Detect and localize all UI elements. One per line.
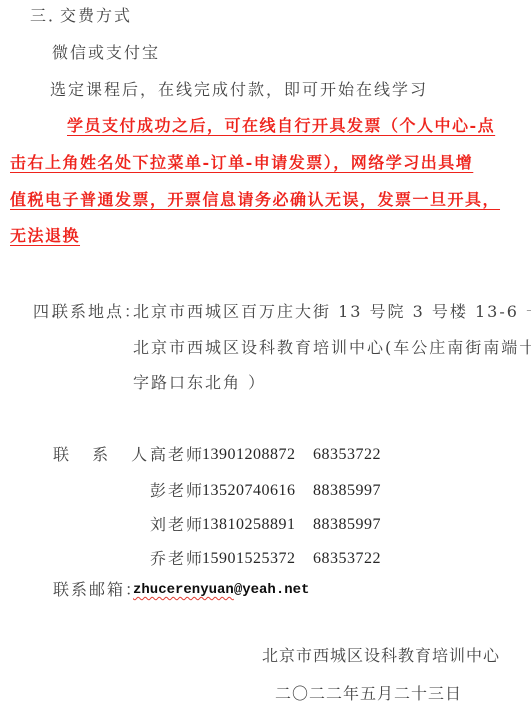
contact-phone: 68353722 [313, 549, 381, 568]
contact-phone: 68353722 [313, 445, 381, 464]
document-page: 三． 交费方式 微信或支付宝 选定课程后，在线完成付款，即可开始在线学习 学员支… [0, 0, 531, 718]
contact-address-line-2: 北京市西城区设科教育培训中心(车公庄南街南端十 [133, 338, 531, 357]
contact-address-line-3: 字路口东北角 ） [133, 373, 266, 392]
payment-instruction-line: 选定课程后，在线完成付款，即可开始在线学习 [50, 80, 428, 99]
contact-mobile: 13520740616 [202, 481, 296, 500]
email-domain: @yeah.net [234, 582, 310, 598]
section-3-title: 交费方式 [60, 6, 132, 25]
contact-address-line-1: 北京市西城区百万庄大街 13 号院 3 号楼 13-6 一层 [133, 302, 531, 321]
invoice-notice-line-2: 击右上角姓名处下拉菜单-订单-申请发票），网络学习出具增 [10, 153, 473, 172]
contact-address-label: 联系地点： [52, 302, 142, 321]
payment-method-line: 微信或支付宝 [52, 43, 160, 62]
email-username: zhucerenyuan [133, 582, 234, 598]
contact-mobile: 13901208872 [202, 445, 296, 464]
contact-phone: 88385997 [313, 481, 381, 500]
contact-name: 刘老师 [150, 515, 204, 534]
invoice-notice-line-3: 值税电子普通发票，开票信息请务必确认无误，发票一旦开具， [10, 190, 500, 209]
contact-name: 乔老师 [150, 549, 204, 568]
contact-email-address: zhucerenyuan@yeah.net [133, 581, 309, 600]
contact-name: 彭老师 [150, 481, 204, 500]
contact-mobile: 13810258891 [202, 515, 296, 534]
contact-email-label: 联系邮箱： [53, 580, 143, 599]
invoice-notice-line-4: 无法退换 [10, 226, 80, 245]
contact-mobile: 15901525372 [202, 549, 296, 568]
footer-date: 二〇二二年五月二十三日 [275, 684, 462, 703]
contact-name: 高老师 [150, 445, 204, 464]
invoice-notice-line-1: 学员支付成功之后，可在线自行开具发票（个人中心-点 [67, 116, 495, 135]
contact-phone: 88385997 [313, 515, 381, 534]
footer-organization: 北京市西城区设科教育培训中心 [262, 646, 500, 665]
